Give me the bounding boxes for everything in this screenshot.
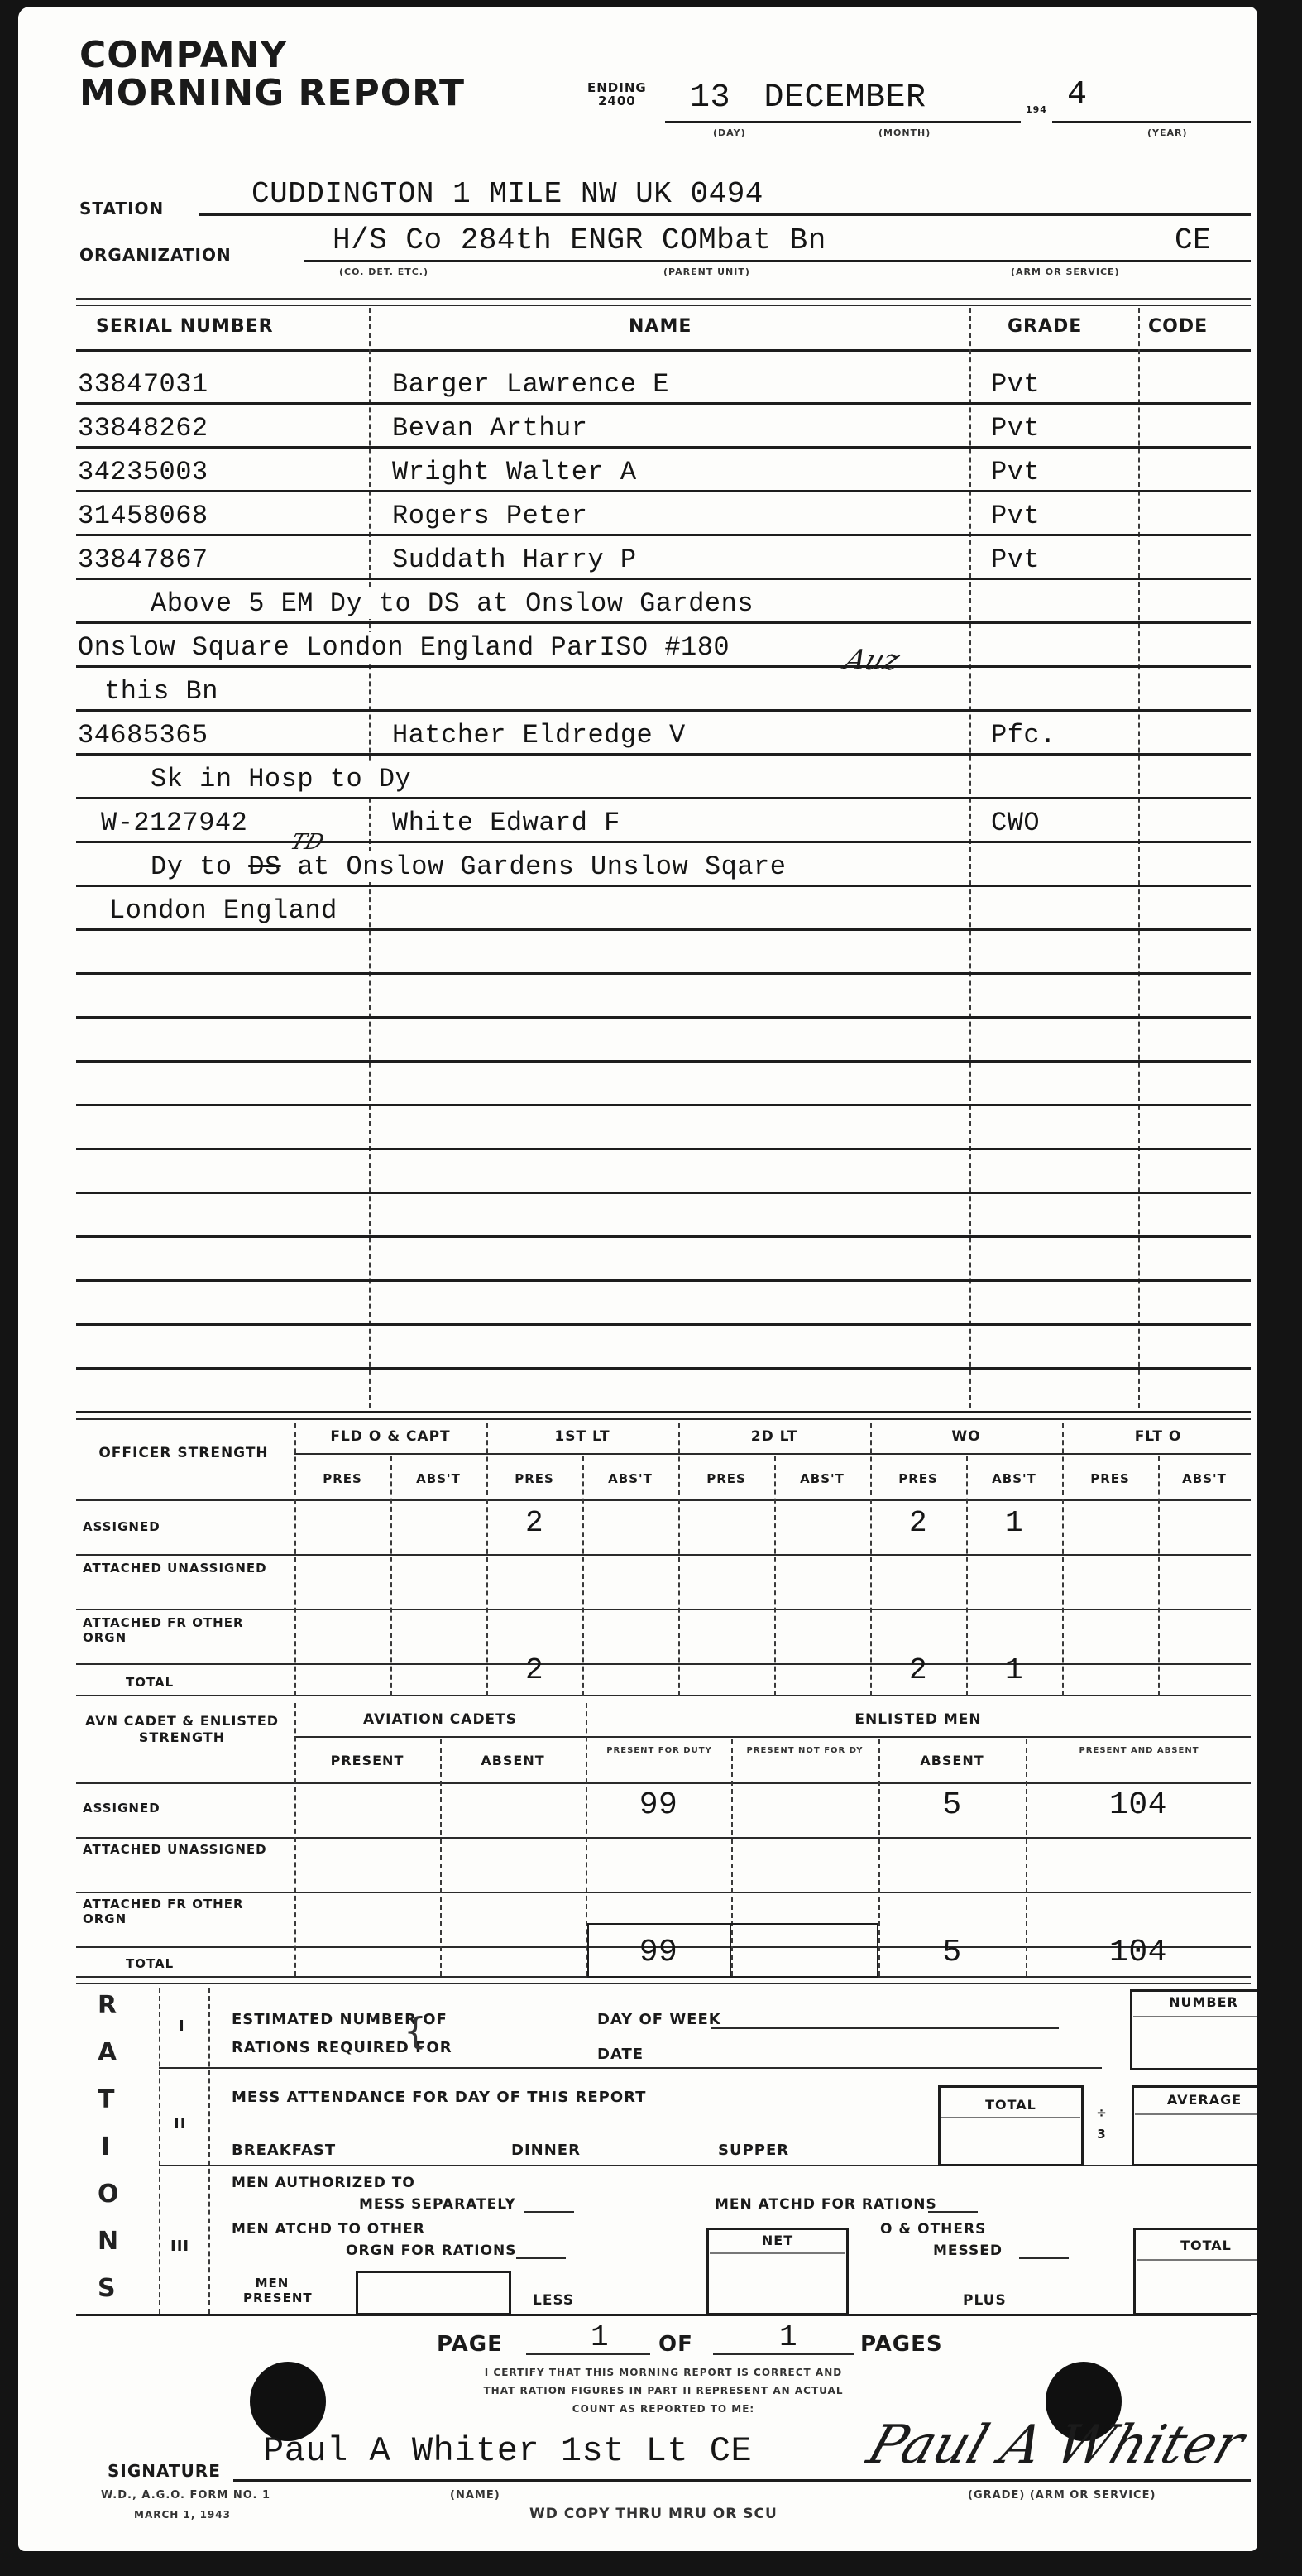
group-1st-lt: 1ST LT [486, 1428, 678, 1445]
roster-col-divider-2 [969, 308, 971, 1408]
form-number: W.D., A.G.O. FORM NO. 1 [101, 2489, 270, 2502]
page-number: 1 [591, 2320, 609, 2354]
row-label-attached-unassigned: ATTACHED UNASSIGNED [83, 1561, 273, 1576]
report-month: DECEMBER [764, 79, 926, 117]
men-present-label-1: MEN [243, 2276, 301, 2291]
men-authorized-label-2: MESS SEPARATELY [359, 2196, 516, 2213]
serial-number: W-2127942 [101, 808, 247, 838]
rule [76, 1367, 1251, 1370]
officer-group-rule [294, 1453, 1251, 1455]
header-code: CODE [1148, 316, 1208, 337]
org-caption-arm: (ARM OR SERVICE) [1011, 266, 1120, 277]
soldier-grade: Pvt [991, 457, 1040, 487]
officer-col-divider [582, 1456, 584, 1696]
rule [76, 1411, 1251, 1413]
soldier-grade: Pfc. [991, 720, 1056, 751]
year-caption: (YEAR) [1147, 127, 1188, 138]
rations-letter: N [98, 2227, 118, 2256]
others-label-2: MESSED [933, 2243, 1003, 2259]
total-wo-abst: 1 [966, 1653, 1062, 1687]
mess-separately-field[interactable] [524, 2211, 574, 2213]
assigned-wo-abst: 1 [966, 1506, 1062, 1540]
total-present-and-absent: 104 [1026, 1935, 1251, 1970]
rule [76, 753, 1251, 756]
rations-divider [159, 1988, 160, 2314]
rule [76, 534, 1251, 536]
organization-label: ORGANIZATION [79, 245, 232, 265]
rule [76, 709, 1251, 712]
assigned-absent: 5 [878, 1787, 1026, 1823]
total-wo-pres: 2 [870, 1653, 966, 1687]
officer-col-divider [1158, 1456, 1160, 1696]
organization-value: H/S Co 284th ENGR COMbat Bn [333, 223, 826, 257]
officer-row-rule [76, 1663, 1251, 1665]
enlisted-col-divider [440, 1739, 442, 1976]
men-atchd-other-label-2: ORGN FOR RATIONS [346, 2243, 517, 2259]
sub-abst: ABS'T [774, 1471, 870, 1486]
officer-col-divider [390, 1456, 392, 1696]
brace: { [404, 2003, 428, 2060]
group-wo: WO [870, 1428, 1062, 1445]
serial-number: 34235003 [78, 457, 208, 487]
header-name: NAME [629, 316, 692, 337]
signer-typed-name: Paul A Whiter 1st Lt CE [263, 2431, 752, 2471]
part-i-label: I [179, 2017, 185, 2035]
rule [76, 1060, 1251, 1063]
signature-line [233, 2479, 1251, 2482]
col-present-not-for-duty: PRESENT NOT FOR DY [735, 1744, 875, 1758]
breakfast-label: BREAKFAST [232, 2142, 336, 2159]
serial-number: 33847867 [78, 544, 208, 575]
men-atchd-rations-field[interactable] [928, 2211, 978, 2213]
enlisted-group-rule [294, 1736, 1251, 1738]
rations-total-rule [1137, 2259, 1257, 2261]
net-rule [710, 2252, 845, 2254]
remark-line: London England [109, 895, 337, 926]
date-label: DATE [597, 2046, 644, 2063]
officer-top-rule [76, 1418, 1251, 1420]
rule [76, 402, 1251, 405]
signature-label: SIGNATURE [108, 2461, 221, 2481]
row-label-attached-other: ATTACHED FR OTHER ORGN [83, 1615, 273, 1645]
sub-abst: ABS'T [966, 1471, 1062, 1486]
of-label: OF [658, 2332, 693, 2357]
certification-line-2: THAT RATION FIGURES IN PART II REPRESENT… [399, 2385, 928, 2396]
station-label: STATION [79, 199, 164, 218]
rations-total-label: TOTAL [1133, 2238, 1257, 2253]
rule [76, 665, 1251, 668]
men-present-box[interactable] [356, 2271, 511, 2315]
enlisted-row-rule [76, 1837, 1251, 1839]
soldier-grade: CWO [991, 808, 1040, 838]
rule [76, 1235, 1251, 1238]
men-authorized-label-1: MEN AUTHORIZED TO [232, 2175, 415, 2191]
supper-label: SUPPER [718, 2142, 789, 2159]
enlisted-strength-title: AVN CADET & ENLISTED STRENGTH [83, 1713, 281, 1746]
total-1st-lt-pres: 2 [486, 1653, 582, 1687]
row-label-total: TOTAL [126, 1956, 174, 1971]
sub-pres: PRES [294, 1471, 390, 1486]
serial-number: 34685365 [78, 720, 208, 751]
sub-pres: PRES [870, 1471, 966, 1486]
officer-row-rule [76, 1609, 1251, 1610]
form-date: MARCH 1, 1943 [134, 2509, 231, 2521]
name-caption: (NAME) [450, 2489, 500, 2502]
grade-arm-caption: (GRADE) (ARM OR SERVICE) [968, 2489, 1156, 2502]
roster-header-rule [76, 349, 1251, 352]
assigned-present-and-absent: 104 [1026, 1787, 1251, 1823]
remark-line: Above 5 EM Dy to DS at Onslow Gardens [151, 588, 757, 619]
rule [76, 1279, 1251, 1282]
title-line-1: COMPANY [79, 36, 465, 74]
officer-col-divider [774, 1456, 776, 1696]
group-2d-lt: 2D LT [678, 1428, 870, 1445]
pages-underline [713, 2353, 854, 2355]
row-label-attached-other: ATTACHED FR OTHER ORGN [83, 1897, 273, 1926]
enlisted-header-rule [76, 1782, 1251, 1784]
serial-number: 33847031 [78, 369, 208, 400]
rations-divider [208, 1988, 210, 2314]
year-prefix: 194 [1026, 104, 1047, 115]
report-date: 13 DECEMBER [690, 79, 926, 117]
assigned-1st-lt-pres: 2 [486, 1506, 582, 1540]
total-present-for-duty: 99 [586, 1935, 731, 1970]
part-iii-label: III [170, 2238, 189, 2255]
page-label: PAGE [437, 2332, 503, 2357]
header-grade: GRADE [1008, 316, 1082, 337]
rule [76, 578, 1251, 580]
col-enlisted-absent: ABSENT [880, 1753, 1024, 1768]
day-of-week-label: DAY OF WEEK [597, 2011, 721, 2028]
rule [76, 885, 1251, 887]
date-underline [665, 121, 1021, 123]
handwritten-signature: Paul A Whiter [860, 2415, 1252, 2476]
rule [76, 1148, 1251, 1150]
divide-by-three: ÷ 3 [1094, 2102, 1110, 2145]
rule [76, 1192, 1251, 1194]
soldier-name: Suddath Harry P [392, 544, 637, 575]
serial-number: 31458068 [78, 501, 208, 531]
rations-letter: O [98, 2180, 119, 2209]
col-cadets-present: PRESENT [294, 1753, 440, 1768]
rule [76, 928, 1251, 931]
rations-letter: A [98, 2038, 117, 2067]
group-aviation-cadets: AVIATION CADETS [294, 1711, 586, 1728]
rations-letter: I [101, 2132, 110, 2161]
officer-col-divider [678, 1423, 680, 1696]
rations-top-rule [76, 1983, 1251, 1984]
rations-letter: S [98, 2274, 116, 2303]
others-label-1: O & OTHERS [880, 2221, 986, 2238]
day-caption: (DAY) [713, 127, 746, 138]
ending-label: ENDING 2400 [587, 81, 647, 108]
rule [76, 1323, 1251, 1326]
sub-abst: ABS'T [582, 1471, 678, 1486]
officer-col-divider [294, 1423, 296, 1696]
header-serial-number: SERIAL NUMBER [96, 316, 274, 337]
rule [76, 841, 1251, 843]
org-caption-parent: (PARENT UNIT) [663, 266, 750, 277]
average-label: AVERAGE [1132, 2092, 1257, 2108]
soldier-name: Wright Walter A [392, 457, 637, 487]
group-fld-o-capt: FLD O & CAPT [294, 1428, 486, 1445]
officer-row-rule [76, 1554, 1251, 1556]
rule [76, 621, 1251, 624]
assigned-wo-pres: 2 [870, 1506, 966, 1540]
rations-part-rule [159, 2067, 1102, 2069]
remark-line: Sk in Hosp to Dy [151, 764, 411, 794]
sub-abst: ABS'T [1158, 1471, 1251, 1486]
report-day: 13 [690, 79, 730, 117]
less-label: LESS [533, 2292, 574, 2309]
men-present-label: MEN PRESENT [243, 2276, 301, 2305]
station-value: CUDDINGTON 1 MILE NW UK 0494 [251, 177, 763, 211]
men-present-label-2: PRESENT [243, 2291, 301, 2305]
ending-label-1: ENDING [587, 81, 647, 94]
others-messed-field[interactable] [1019, 2257, 1069, 2259]
soldier-name: Hatcher Eldredge V [392, 720, 686, 751]
number-label-rule [1133, 2016, 1257, 2017]
certification-line-1: I CERTIFY THAT THIS MORNING REPORT IS CO… [399, 2367, 928, 2378]
total-absent: 5 [878, 1935, 1026, 1970]
soldier-name: White Edward F [392, 808, 620, 838]
soldier-name: Barger Lawrence E [392, 369, 669, 400]
rations-part-rule [159, 2165, 1251, 2166]
total-pages: 1 [779, 2320, 797, 2354]
total-present-not-for-duty-box [730, 1923, 878, 1978]
soldier-grade: Pvt [991, 369, 1040, 400]
serial-number: 33848262 [78, 413, 208, 444]
officer-col-divider [1062, 1423, 1064, 1696]
soldier-grade: Pvt [991, 501, 1040, 531]
men-atchd-other-field[interactable] [516, 2257, 566, 2259]
sub-pres: PRES [678, 1471, 774, 1486]
group-enlisted-men: ENLISTED MEN [586, 1711, 1251, 1728]
row-label-assigned: ASSIGNED [83, 1519, 160, 1534]
rule [76, 797, 1251, 799]
enlisted-row-rule [76, 1892, 1251, 1893]
number-label: NUMBER [1130, 1994, 1257, 2010]
men-atchd-rations-label: MEN ATCHD FOR RATIONS [715, 2196, 937, 2213]
soldier-name: Rogers Peter [392, 501, 587, 531]
rations-letter: T [98, 2085, 114, 2114]
roster-col-divider-3 [1138, 308, 1140, 1408]
rule [76, 972, 1251, 975]
officer-header-rule [76, 1499, 1251, 1501]
day-of-week-field[interactable] [711, 2027, 1059, 2029]
station-underline [199, 213, 1251, 216]
row-label-assigned: ASSIGNED [83, 1801, 160, 1816]
soldier-grade: Pvt [991, 544, 1040, 575]
remark-text: at Onslow Gardens Unslow Sqare [297, 851, 786, 882]
average-rule [1135, 2113, 1257, 2115]
certification-line-3: COUNT AS REPORTED TO ME: [399, 2403, 928, 2415]
morning-report-form: COMPANY MORNING REPORT ENDING 2400 13 DE… [18, 7, 1257, 2551]
year-underline [1052, 121, 1251, 123]
rations-letter: R [98, 1991, 117, 2020]
mess-total-rule [941, 2117, 1080, 2118]
rule [76, 1104, 1251, 1106]
officer-bottom-rule [76, 1695, 1251, 1696]
ending-label-2: 2400 [587, 94, 647, 108]
part-ii-label: II [174, 2115, 186, 2132]
group-flt-o: FLT O [1062, 1428, 1254, 1445]
dinner-label: DINNER [511, 2142, 581, 2159]
copy-note: WD COPY THRU MRU OR SCU [529, 2506, 778, 2522]
rule [76, 446, 1251, 449]
enlisted-col-divider [294, 1703, 296, 1976]
roster-top-rule-1 [76, 298, 1251, 300]
mess-total-label: TOTAL [938, 2097, 1084, 2113]
rations-bottom-rule [76, 2314, 1251, 2316]
pages-label: PAGES [860, 2332, 943, 2357]
men-atchd-other-label-1: MEN ATCHD TO OTHER [232, 2221, 425, 2238]
organization-underline [304, 260, 1251, 262]
officer-strength-title: OFFICER STRENGTH [84, 1445, 283, 1461]
mess-attendance-label: MESS ATTENDANCE FOR DAY OF THIS REPORT [232, 2089, 646, 2106]
org-caption-unit: (CO. DET. ETC.) [339, 266, 428, 277]
soldier-grade: Pvt [991, 413, 1040, 444]
col-present-for-duty: PRESENT FOR DUTY [589, 1744, 730, 1758]
net-label: NET [706, 2233, 849, 2248]
report-year: 4 [1067, 76, 1088, 113]
remark-line: Dy to DS at Onslow Gardens Unslow Sqare [151, 851, 789, 882]
remark-line: this Bn [104, 676, 218, 707]
form-title: COMPANY MORNING REPORT [79, 36, 465, 113]
row-label-attached-unassigned: ATTACHED UNASSIGNED [83, 1842, 273, 1857]
row-label-total: TOTAL [126, 1675, 174, 1690]
col-cadets-absent: ABSENT [440, 1753, 586, 1768]
binder-hole-left [250, 2362, 326, 2441]
sub-pres: PRES [486, 1471, 582, 1486]
rule [76, 1016, 1251, 1019]
remark-struck-text: DS [248, 851, 280, 882]
soldier-name: Bevan Arthur [392, 413, 587, 444]
sub-pres: PRES [1062, 1471, 1158, 1486]
rule [76, 490, 1251, 492]
sub-abst: ABS'T [390, 1471, 486, 1486]
col-present-and-absent: PRESENT AND ABSENT [1036, 1744, 1242, 1758]
remark-text: Dy to [151, 851, 232, 882]
remark-line: Onslow Square London England ParISO #180 [78, 632, 733, 663]
roster-top-rule-2 [76, 305, 1251, 306]
arm-of-service-value: CE [1175, 223, 1211, 257]
title-line-2: MORNING REPORT [79, 74, 465, 113]
page-underline [526, 2353, 650, 2355]
handwritten-initials: Auz [840, 644, 904, 677]
assigned-present-for-duty: 99 [586, 1787, 731, 1823]
month-caption: (MONTH) [878, 127, 931, 138]
plus-label: PLUS [963, 2292, 1007, 2309]
